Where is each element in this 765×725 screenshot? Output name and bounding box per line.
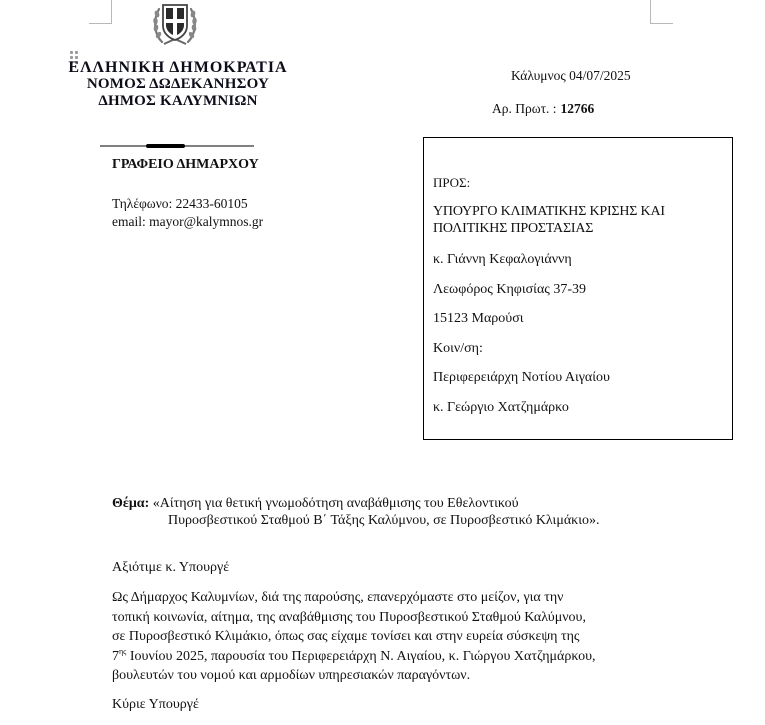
cc-title: Περιφερειάρχη Νοτίου Αιγαίου [433,369,610,387]
letterhead-municipality: ΔΗΜΟΣ ΚΑΛΥΜΝΙΩΝ [62,93,294,110]
recipient-name: κ. Γιάννη Κεφαλογιάννη [433,251,572,269]
body-line: Ως Δήμαρχος Καλυμνίων, διά της παρούσης,… [112,588,702,608]
protocol-number-line: Αρ. Πρωτ. :12766 [492,101,594,117]
body-line: σε Πυροσβεστικό Κλιμάκιο, όπως σας είχαμ… [112,627,702,647]
body-line: βουλευτών του νομού και αρμοδίων υπηρεσι… [112,666,702,686]
document-date: Κάλυμνος 04/07/2025 [511,68,631,84]
office-title: ΓΡΑΦΕΙΟ ΔΗΜΑΡΧΟΥ [112,157,259,173]
page-corner-mark-right [650,23,673,24]
contact-info: Τηλέφωνο: 22433-60105 email: mayor@kalym… [112,195,263,231]
recipient-ministry-line2: ΠΟΛΙΤΙΚΗΣ ΠΡΟΣΤΑΣΙΑΣ [433,220,593,238]
greek-coat-of-arms-icon [150,0,200,48]
body-line: τοπική κοινωνία, αίτημα, της αναβάθμισης… [112,608,702,628]
recipient-street: Λεωφόρος Κηφισίας 37-39 [433,281,586,299]
body-line: 7ης Ιουνίου 2025, παρουσία του Περιφερει… [112,647,702,667]
subject-line2: Πυροσβεστικού Σταθμού Β΄ Τάξης Καλύμνου,… [112,512,672,529]
protocol-label: Αρ. Πρωτ. : [492,101,557,116]
email-address: email: mayor@kalymnos.gr [112,213,263,231]
closing-salutation: Κύριε Υπουργέ [112,697,199,713]
phone-number: Τηλέφωνο: 22433-60105 [112,195,263,213]
cc-name: κ. Γεώργιο Χατζημάρκο [433,399,569,417]
header-separator [100,145,254,147]
cc-label: Κοιν/ση: [433,340,483,358]
page-corner-mark-left [111,0,112,24]
subject-label: Θέμα: [112,496,149,511]
subject-line1: «Αίτηση για θετική γνωμοδότηση αναβάθμισ… [153,496,519,511]
letterhead-country: ΕΛΛΗΝΙΚΗ ΔΗΜΟΚΡΑΤΙΑ [62,59,294,76]
recipient-box: ΠΡΟΣ: ΥΠΟΥΡΓΟ ΚΛΙΜΑΤΙΚΗΣ ΚΡΙΣΗΣ ΚΑΙ ΠΟΛΙ… [423,137,733,440]
recipient-city: 15123 Μαρούσι [433,310,524,328]
recipient-ministry-line1: ΥΠΟΥΡΓΟ ΚΛΙΜΑΤΙΚΗΣ ΚΡΙΣΗΣ ΚΑΙ [433,203,665,221]
page-corner-mark-left [89,23,112,24]
letterhead-prefecture: ΝΟΜΟΣ ΔΩΔΕΚΑΝΗΣΟΥ [62,76,294,93]
recipient-to-label: ΠΡΟΣ: [433,174,470,192]
salutation: Αξιότιμε κ. Υπουργέ [112,560,229,576]
subject-block: Θέμα: «Αίτηση για θετική γνωμοδότηση ανα… [112,495,672,529]
page-corner-mark-right [650,0,651,24]
letterhead: ΕΛΛΗΝΙΚΗ ΔΗΜΟΚΡΑΤΙΑ ΝΟΜΟΣ ΔΩΔΕΚΑΝΗΣΟΥ ΔΗ… [62,59,294,110]
protocol-number: 12766 [561,101,595,116]
body-paragraph: Ως Δήμαρχος Καλυμνίων, διά της παρούσης,… [112,588,702,686]
